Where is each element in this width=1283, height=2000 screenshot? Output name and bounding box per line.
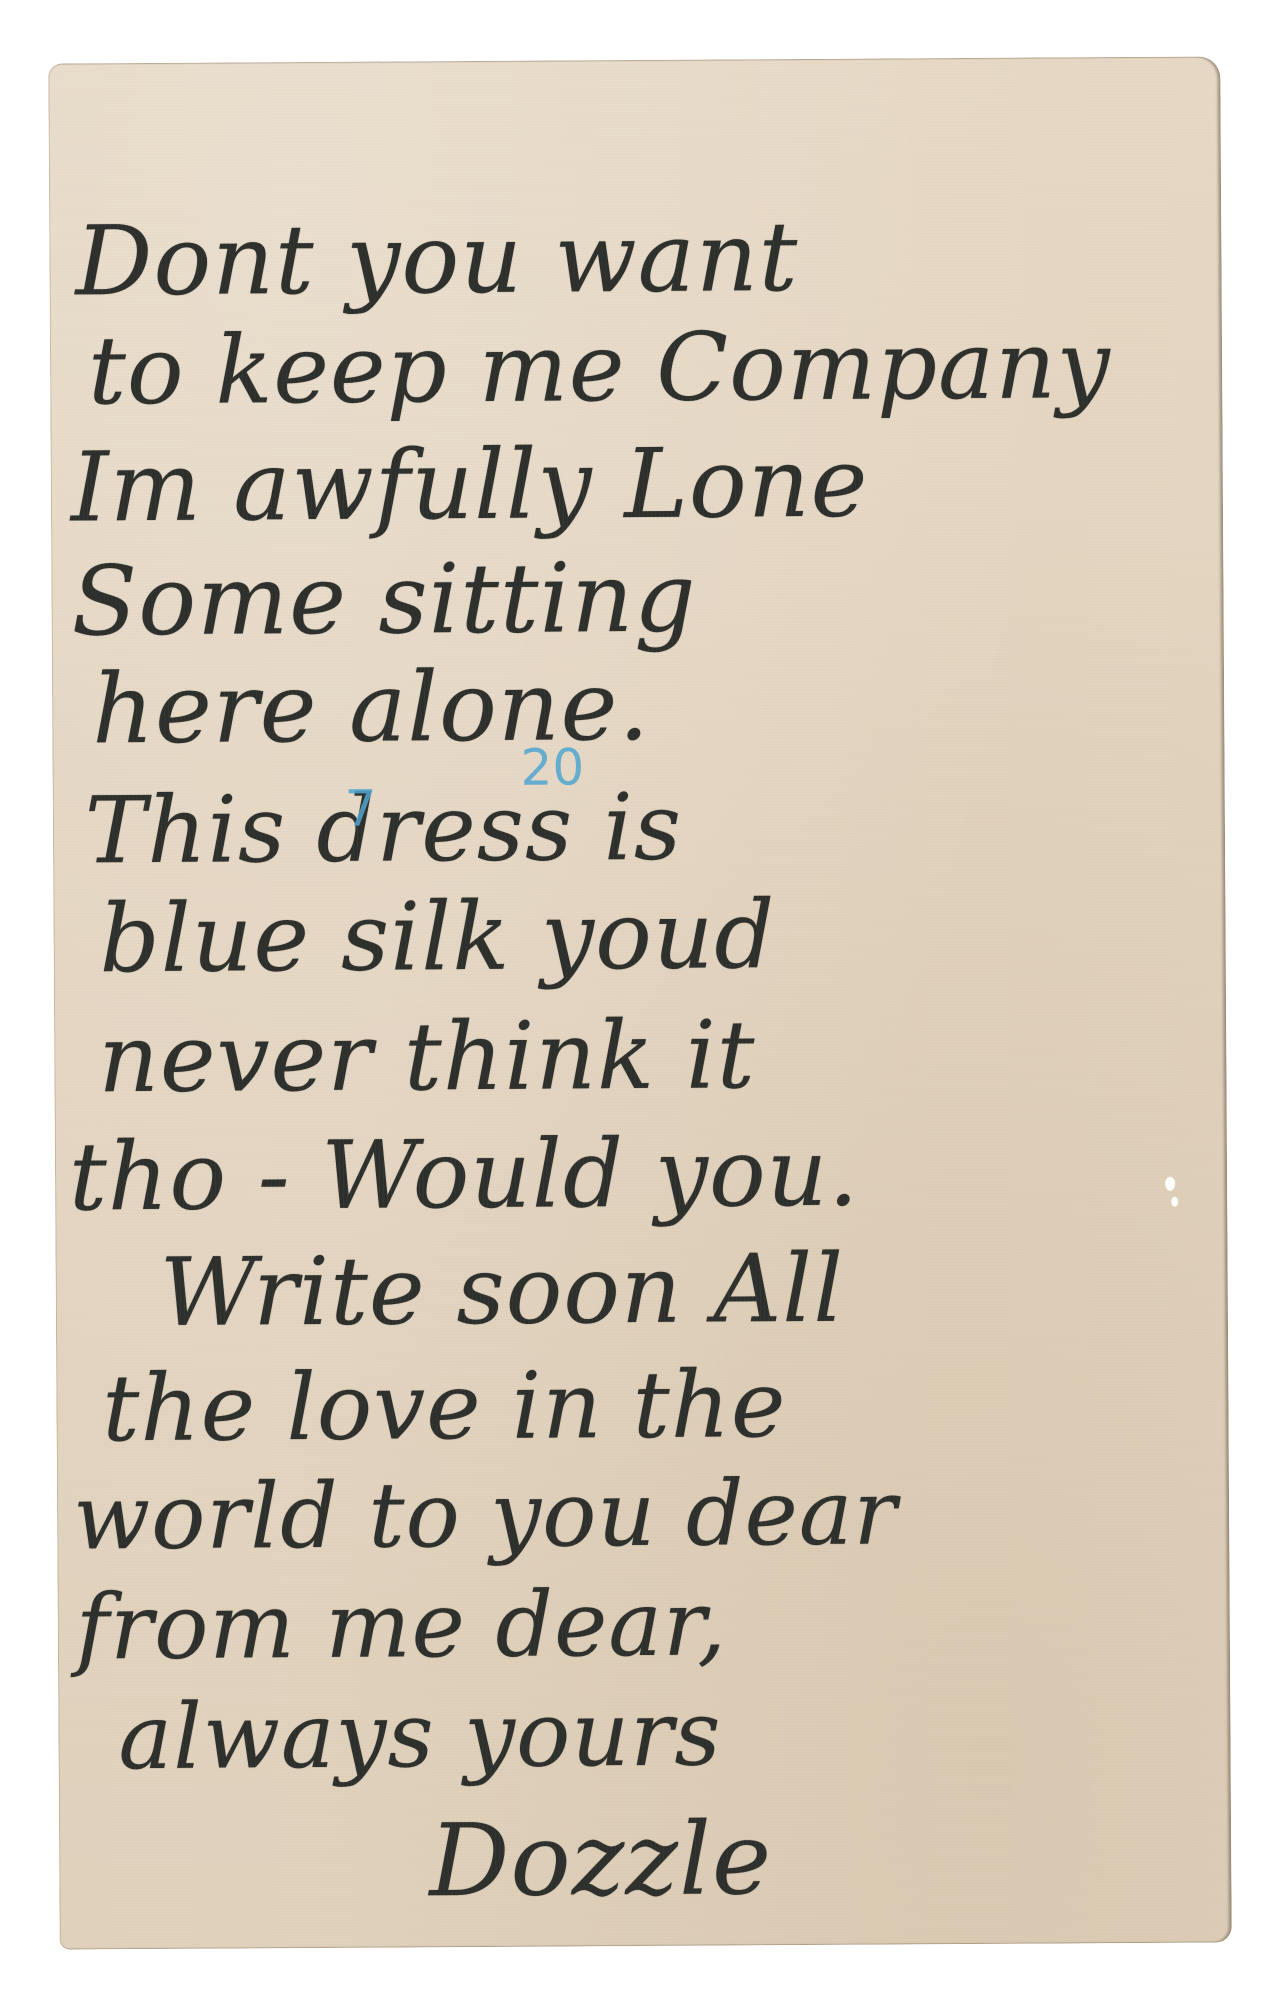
paper-damage-spot bbox=[1165, 1177, 1175, 1191]
message-line-11: the love in the bbox=[102, 1359, 787, 1455]
message-line-14: always yours bbox=[118, 1690, 722, 1784]
message-line-10: Write soon All bbox=[159, 1243, 844, 1341]
message-line-3: Im awfully Lone bbox=[71, 435, 869, 536]
handwritten-message: Dont you want to keep me Company Im awfu… bbox=[48, 56, 1231, 1949]
message-line-7: blue silk youd bbox=[99, 889, 775, 987]
signature: Dozzle bbox=[429, 1809, 773, 1911]
message-line-2: to keep me Company bbox=[88, 319, 1111, 419]
message-line-13: from me dear, bbox=[76, 1579, 728, 1673]
message-line-9: tho - Would you. bbox=[69, 1127, 860, 1226]
message-line-8: never think it bbox=[98, 1009, 756, 1107]
message-line-12: world to you dear bbox=[73, 1468, 898, 1563]
pencil-mark-right: 20 bbox=[520, 742, 584, 792]
message-line-6: This dress is bbox=[85, 782, 683, 878]
message-line-1: Dont you want bbox=[75, 209, 798, 309]
postcard: Dont you want to keep me Company Im awfu… bbox=[48, 56, 1231, 1949]
pencil-mark-left: 7 bbox=[345, 784, 377, 834]
message-line-4: Some sitting bbox=[71, 550, 697, 650]
paper-damage-spot bbox=[1171, 1197, 1178, 1207]
